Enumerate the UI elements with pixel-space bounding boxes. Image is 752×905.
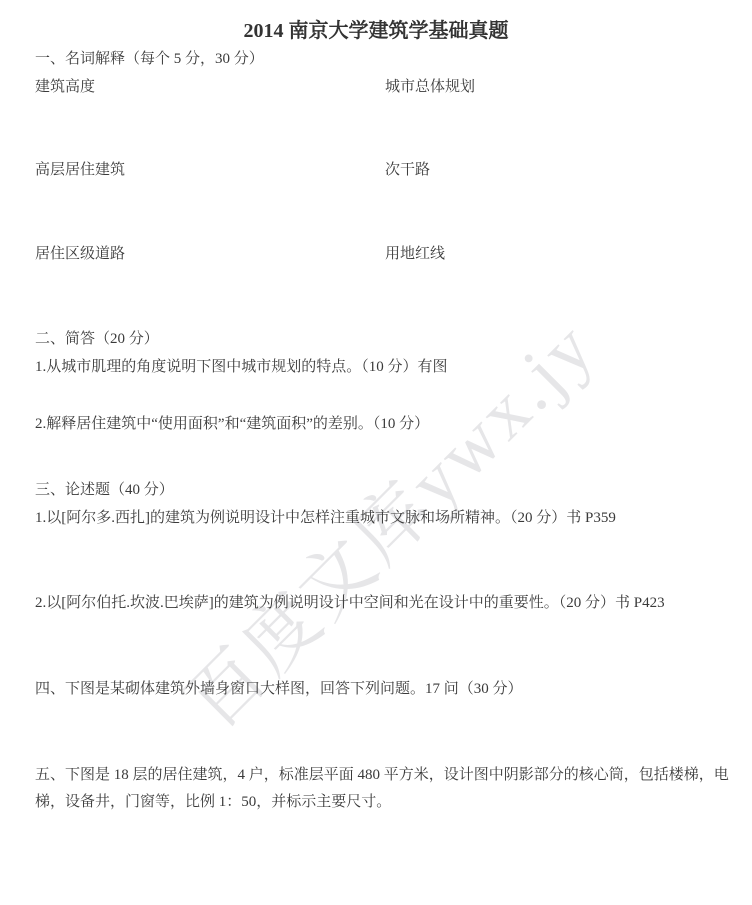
term-label: 用地红线 xyxy=(385,244,445,264)
section-1-heading: 一、名词解释（每个 5 分，30 分） xyxy=(35,49,264,69)
exam-title: 2014 南京大学建筑学基础真题 xyxy=(0,14,752,43)
term-label: 高层居住建筑 xyxy=(35,160,125,180)
exam-document-page: 百度文库ywx.jy 2014 南京大学建筑学基础真题 一、名词解释（每个 5 … xyxy=(0,0,752,905)
question-item: 1.以[阿尔多.西扎]的建筑为例说明设计中怎样注重城市文脉和场所精神。（20 分… xyxy=(35,508,616,528)
question-item: 2.以[阿尔伯托.坎波.巴埃萨]的建筑为例说明设计中空间和光在设计中的重要性。（… xyxy=(35,593,665,613)
term-label: 次干路 xyxy=(385,160,430,180)
question-item: 2.解释居住建筑中“使用面积”和“建筑面积”的差别。（10 分） xyxy=(35,414,429,434)
term-label: 居住区级道路 xyxy=(35,244,125,264)
term-label: 城市总体规划 xyxy=(385,77,475,97)
term-label: 建筑高度 xyxy=(35,77,95,97)
question-item: 1.从城市肌理的角度说明下图中城市规划的特点。（10 分）有图 xyxy=(35,357,448,377)
section-2-heading: 二、简答（20 分） xyxy=(35,329,159,349)
section-3-heading: 三、论述题（40 分） xyxy=(35,480,174,500)
section-4-heading: 四、下图是某砌体建筑外墙身窗口大样图，回答下列问题。17 问（30 分） xyxy=(35,679,523,699)
section-5-text-line-1: 五、下图是 18 层的居住建筑，4 户，标准层平面 480 平方米，设计图中阴影… xyxy=(35,765,729,785)
section-5-text-line-2: 梯，设备井，门窗等，比例 1：50，并标示主要尺寸。 xyxy=(35,792,391,812)
